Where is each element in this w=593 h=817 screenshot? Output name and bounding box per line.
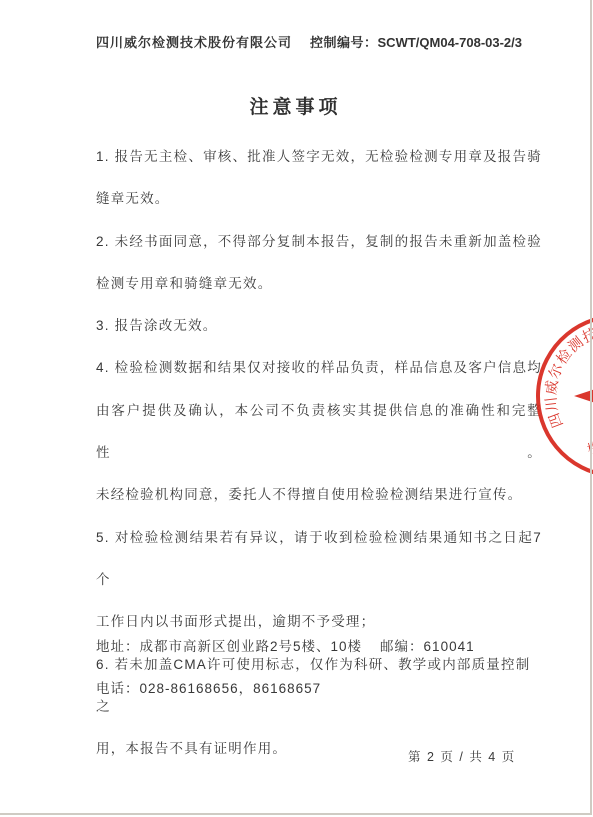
company-name: 四川威尔检测技术股份有限公司 [96,32,292,51]
address-line: 地址：成都市高新区创业路2号5楼、10楼邮编：610041 [96,626,556,668]
notice-line: 4. 检验检测数据和结果仅对接收的样品负责，样品信息及客户信息均 [96,347,542,389]
control-number: 控制编号：SCWT/QM04-708-03-2/3 [310,32,522,51]
phone-line: 电话：028-86168656，86168657 [96,668,556,710]
notice-line: 5. 对检验检测结果若有异议，请于收到检验检测结果通知书之日起7个 [96,517,542,602]
notice-line: 检测专用章和骑缝章无效。 [96,263,542,305]
page-indicator: 第 2 页 / 共 4 页 [408,747,516,765]
notice-line: 1. 报告无主检、审核、批准人签字无效，无检验检测专用章及报告骑 [96,136,542,178]
postcode-text: 邮编：610041 [380,639,475,654]
notice-line: 3. 报告涂改无效。 [96,305,542,347]
svg-text:四川威尔检测技术股份有限公司: 四川威尔检测技术股份有限公司 [523,301,593,431]
control-number-value: SCWT/QM04-708-03-2/3 [378,35,523,50]
notice-line: 2. 未经书面同意，不得部分复制本报告，复制的报告未重新加盖检验 [96,221,542,263]
seal-arc-text: 四川威尔检测技术股份有限公司 [523,301,593,431]
report-notice-page: 四川威尔检测技术股份有限公司 控制编号：SCWT/QM04-708-03-2/3… [0,0,593,817]
company-seal-stamp: 四川威尔检测技术股份有限公司 检验检测专用章 [518,296,593,496]
notice-line: 由客户提供及确认，本公司不负责核实其提供信息的准确性和完整性。 [96,390,542,475]
address-text: 地址：成都市高新区创业路2号5楼、10楼 [96,639,362,654]
notice-line: 缝章无效。 [96,178,542,220]
contact-block: 地址：成都市高新区创业路2号5楼、10楼邮编：610041 电话：028-861… [96,626,556,710]
page-edge-right [590,0,592,814]
page-edge-bottom [0,813,592,815]
notice-line: 未经检验机构同意，委托人不得擅自使用检验检测结果进行宣传。 [96,474,542,516]
control-number-label: 控制编号： [310,35,378,50]
page-title: 注意事项 [0,92,591,119]
